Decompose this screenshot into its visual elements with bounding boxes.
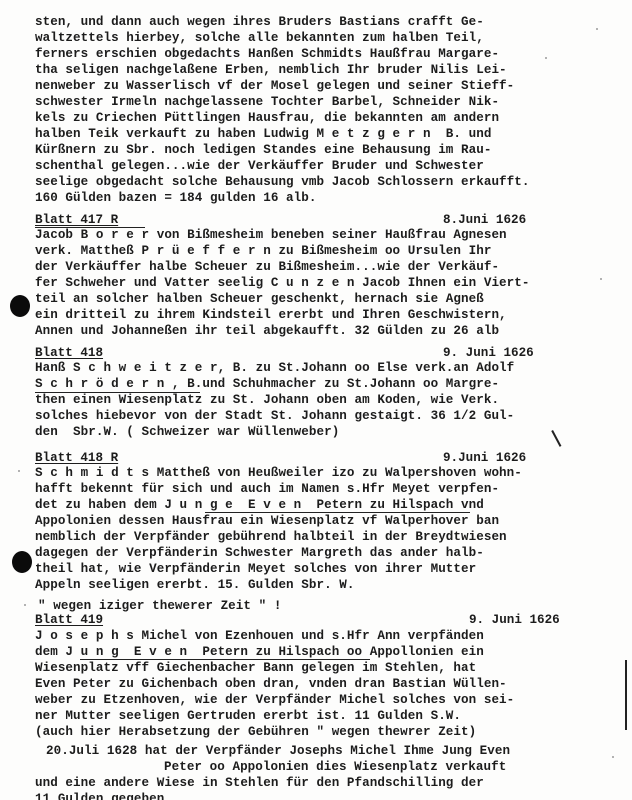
typewritten-document-page: sten, und dann auch wegen ihres Bruders … bbox=[0, 0, 632, 800]
entry-folio-label: Blatt 418 bbox=[35, 345, 103, 361]
text-line: theil hat, wie Verpfänderin Meyet solche… bbox=[35, 561, 476, 577]
text-line: den Sbr.W. ( Schweizer war Wüllenweber) bbox=[35, 424, 339, 440]
underline-mark bbox=[35, 392, 200, 393]
text-line: (auch hier Herabsetzung der Gebühren " w… bbox=[35, 724, 476, 740]
text-line: tha seligen nachgelaßene Erben, nemblich… bbox=[35, 62, 507, 78]
paper-speck bbox=[18, 470, 20, 472]
underline-mark bbox=[205, 512, 470, 513]
text-line: schwester Irmeln nachgelassene Tochter B… bbox=[35, 94, 499, 110]
paper-speck bbox=[545, 57, 547, 59]
entry-date: 9. Juni 1626 bbox=[443, 345, 534, 361]
text-line: Kürßnern zu Sbr. noch ledigen Standes ei… bbox=[35, 142, 491, 158]
text-line: verk. Mattheß P r ü e f f e r n zu Bißme… bbox=[35, 243, 491, 259]
text-line: Appolonien dessen Hausfrau ein Wiesenpla… bbox=[35, 513, 499, 529]
text-line: det zu haben dem J u n g e E v e n Peter… bbox=[35, 497, 484, 513]
text-line: hafft bekennt für sich und auch im Namen… bbox=[35, 481, 499, 497]
text-line: nemblich der Verpfänder gebührend halbte… bbox=[35, 529, 507, 545]
text-line: S c h m i d t s Mattheß von Heußweiler i… bbox=[35, 465, 522, 481]
text-line: Even Peter zu Gichenbach oben dran, vnde… bbox=[35, 676, 507, 692]
text-line: Wiesenplatz vff Giechenbacher Bann geleg… bbox=[35, 660, 476, 676]
text-line: schenthal gelegen...wie der Verkäuffer B… bbox=[35, 158, 484, 174]
pen-stroke-mark bbox=[625, 660, 627, 730]
text-line: halben Teik verkauft zu haben Ludwig M e… bbox=[35, 126, 491, 142]
text-line: ferners erschien obgedachts Hanßen Schmi… bbox=[35, 46, 499, 62]
text-line: Appeln seeligen ererbt. 15. Gulden Sbr. … bbox=[35, 577, 355, 593]
text-line: Annen und Johanneßen ihr teil abgekaufft… bbox=[35, 323, 499, 339]
text-line: teil an solcher halben Scheuer geschenkt… bbox=[35, 291, 484, 307]
entry-date: 9.Juni 1626 bbox=[443, 450, 526, 466]
text-line: sten, und dann auch wegen ihres Bruders … bbox=[35, 14, 484, 30]
text-line: weber zu Etzenhoven, wie der Verpfänder … bbox=[35, 692, 514, 708]
entry-folio-label: Blatt 419 bbox=[35, 612, 103, 628]
text-line: und eine andere Wiese in Stehlen für den… bbox=[35, 775, 484, 791]
text-line: dem J u n g E v e n Petern zu Hilspach o… bbox=[35, 644, 484, 660]
text-line: fer Schweher und Vatter seelig C u n z e… bbox=[35, 275, 530, 291]
text-line: S c h r ö d e r n , B.und Schuhmacher zu… bbox=[35, 376, 499, 392]
paper-speck bbox=[600, 278, 602, 280]
text-line: Jacob B o r e r von Bißmesheim beneben s… bbox=[35, 227, 507, 243]
text-line: solches hiebevor von der Stadt St. Johan… bbox=[35, 408, 514, 424]
paper-speck bbox=[596, 28, 598, 30]
text-line: seelige obgedacht solche Behausung vmb J… bbox=[35, 174, 530, 190]
text-line: waltzettels hierbey, solche alle bekannt… bbox=[35, 30, 484, 46]
text-line: Hanß S c h w e i t z e r, B. zu St.Johan… bbox=[35, 360, 514, 376]
text-line: 20.Juli 1628 hat der Verpfänder Josephs … bbox=[46, 743, 510, 759]
entry-folio-label: Blatt 418 R bbox=[35, 450, 118, 466]
text-line: Peter oo Appolonien dies Wiesenplatz ver… bbox=[164, 759, 506, 775]
punch-hole-mark bbox=[10, 295, 30, 317]
pen-stroke-mark bbox=[552, 430, 562, 447]
entry-date: 8.Juni 1626 bbox=[443, 212, 526, 228]
text-line: ein dritteil zu ihrem Kindsteil ererbt u… bbox=[35, 307, 507, 323]
text-line: then einen Wiesenplatz zu St. Johann obe… bbox=[35, 392, 499, 408]
entry-date: 9. Juni 1626 bbox=[469, 612, 560, 628]
text-line: 160 Gülden bazen = 184 gulden 16 alb. bbox=[35, 190, 316, 206]
text-line: J o s e p h s Michel von Ezenhouen und s… bbox=[35, 628, 484, 644]
paper-speck bbox=[612, 756, 614, 758]
text-line: kels zu Criechen Püttlingen Hausfrau, di… bbox=[35, 110, 499, 126]
text-line: nenweber zu Wasserlisch vf der Mosel gel… bbox=[35, 78, 514, 94]
text-line: ner Mutter seeligen Gertruden ererbt ist… bbox=[35, 708, 461, 724]
underline-mark bbox=[80, 659, 370, 660]
underline-mark bbox=[35, 227, 145, 228]
paper-speck bbox=[24, 604, 26, 606]
entry-folio-label: Blatt 417 R bbox=[35, 212, 118, 228]
text-line: der Verkäuffer halbe Scheuer zu Bißmeshe… bbox=[35, 259, 499, 275]
punch-hole-mark bbox=[12, 551, 32, 573]
text-line: 11 Gulden gegeben bbox=[35, 791, 164, 800]
text-line: dagegen der Verpfänderin Schwester Margr… bbox=[35, 545, 484, 561]
